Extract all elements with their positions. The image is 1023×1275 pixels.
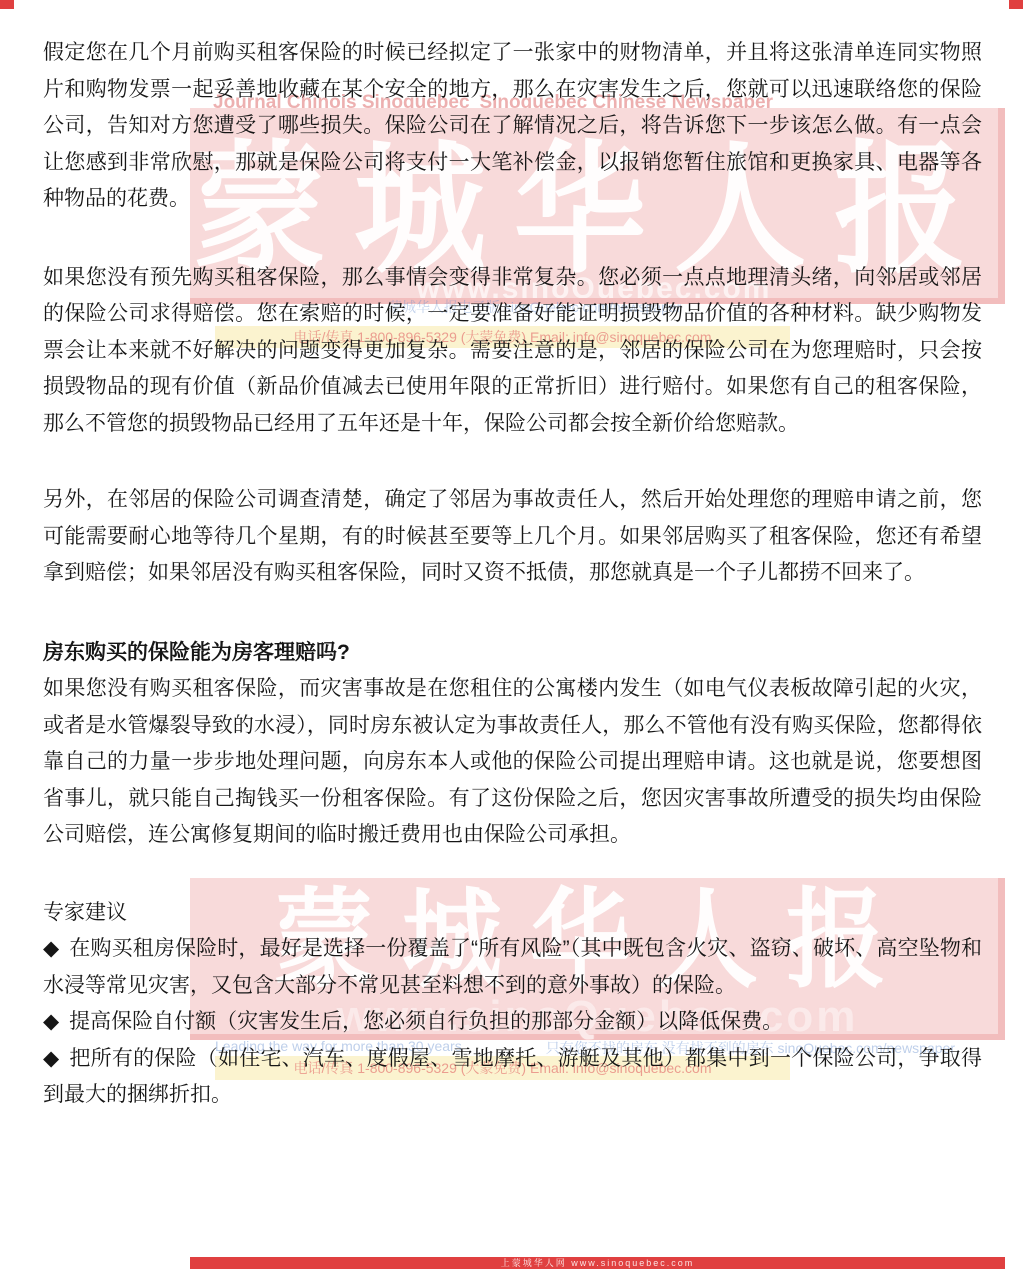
red-corner-top-left <box>0 0 14 9</box>
article-paragraph-1: 假定您在几个月前购买租客保险的时候已经拟定了一张家中的财物清单，并且将这张清单连… <box>43 35 982 218</box>
advice-bullet-3: ◆把所有的保险（如住宅、汽车、度假屋、雪地摩托、游艇及其他）都集中到一个保险公司… <box>43 1041 982 1114</box>
advice-bullet-2: ◆提高保险自付额（灾害发生后，您必须自行负担的那部分金额）以降低保费。 <box>43 1004 982 1041</box>
advice-bullet-2-text: 提高保险自付额（灾害发生后，您必须自行负担的那部分金额）以降低保费。 <box>69 1010 783 1033</box>
advice-title: 专家建议 <box>43 895 982 932</box>
section-heading: 房东购买的保险能为房客理赔吗? <box>43 635 982 672</box>
article-paragraph-2: 如果您没有预先购买租客保险，那么事情会变得非常复杂。您必须一点点地理清头绪，向邻… <box>43 260 982 443</box>
advice-bullet-1: ◆在购买租房保险时，最好是选择一份覆盖了“所有风险”（其中既包含火灾、盗窃、破坏… <box>43 931 982 1004</box>
article-paragraph-4: 如果您没有购买租客保险，而灾害事故是在您租住的公寓楼内发生（如电气仪表板故障引起… <box>43 671 982 854</box>
advice-bullet-3-text: 把所有的保险（如住宅、汽车、度假屋、雪地摩托、游艇及其他）都集中到一个保险公司，… <box>43 1047 982 1107</box>
red-corner-top-right <box>1009 0 1023 9</box>
watermark-bottom-strip: 上蒙城华人网 www.sinoquebec.com <box>190 1257 1005 1269</box>
article-paragraph-3: 另外，在邻居的保险公司调查清楚，确定了邻居为事故责任人，然后开始处理您的理赔申请… <box>43 482 982 592</box>
bullet-diamond-icon: ◆ <box>43 1047 59 1070</box>
bullet-diamond-icon: ◆ <box>43 1010 59 1033</box>
bullet-diamond-icon: ◆ <box>43 937 59 960</box>
article-body: 假定您在几个月前购买租客保险的时候已经拟定了一张家中的财物清单，并且将这张清单连… <box>43 35 982 1114</box>
advice-bullet-1-text: 在购买租房保险时，最好是选择一份覆盖了“所有风险”（其中既包含火灾、盗窃、破坏、… <box>43 937 982 997</box>
